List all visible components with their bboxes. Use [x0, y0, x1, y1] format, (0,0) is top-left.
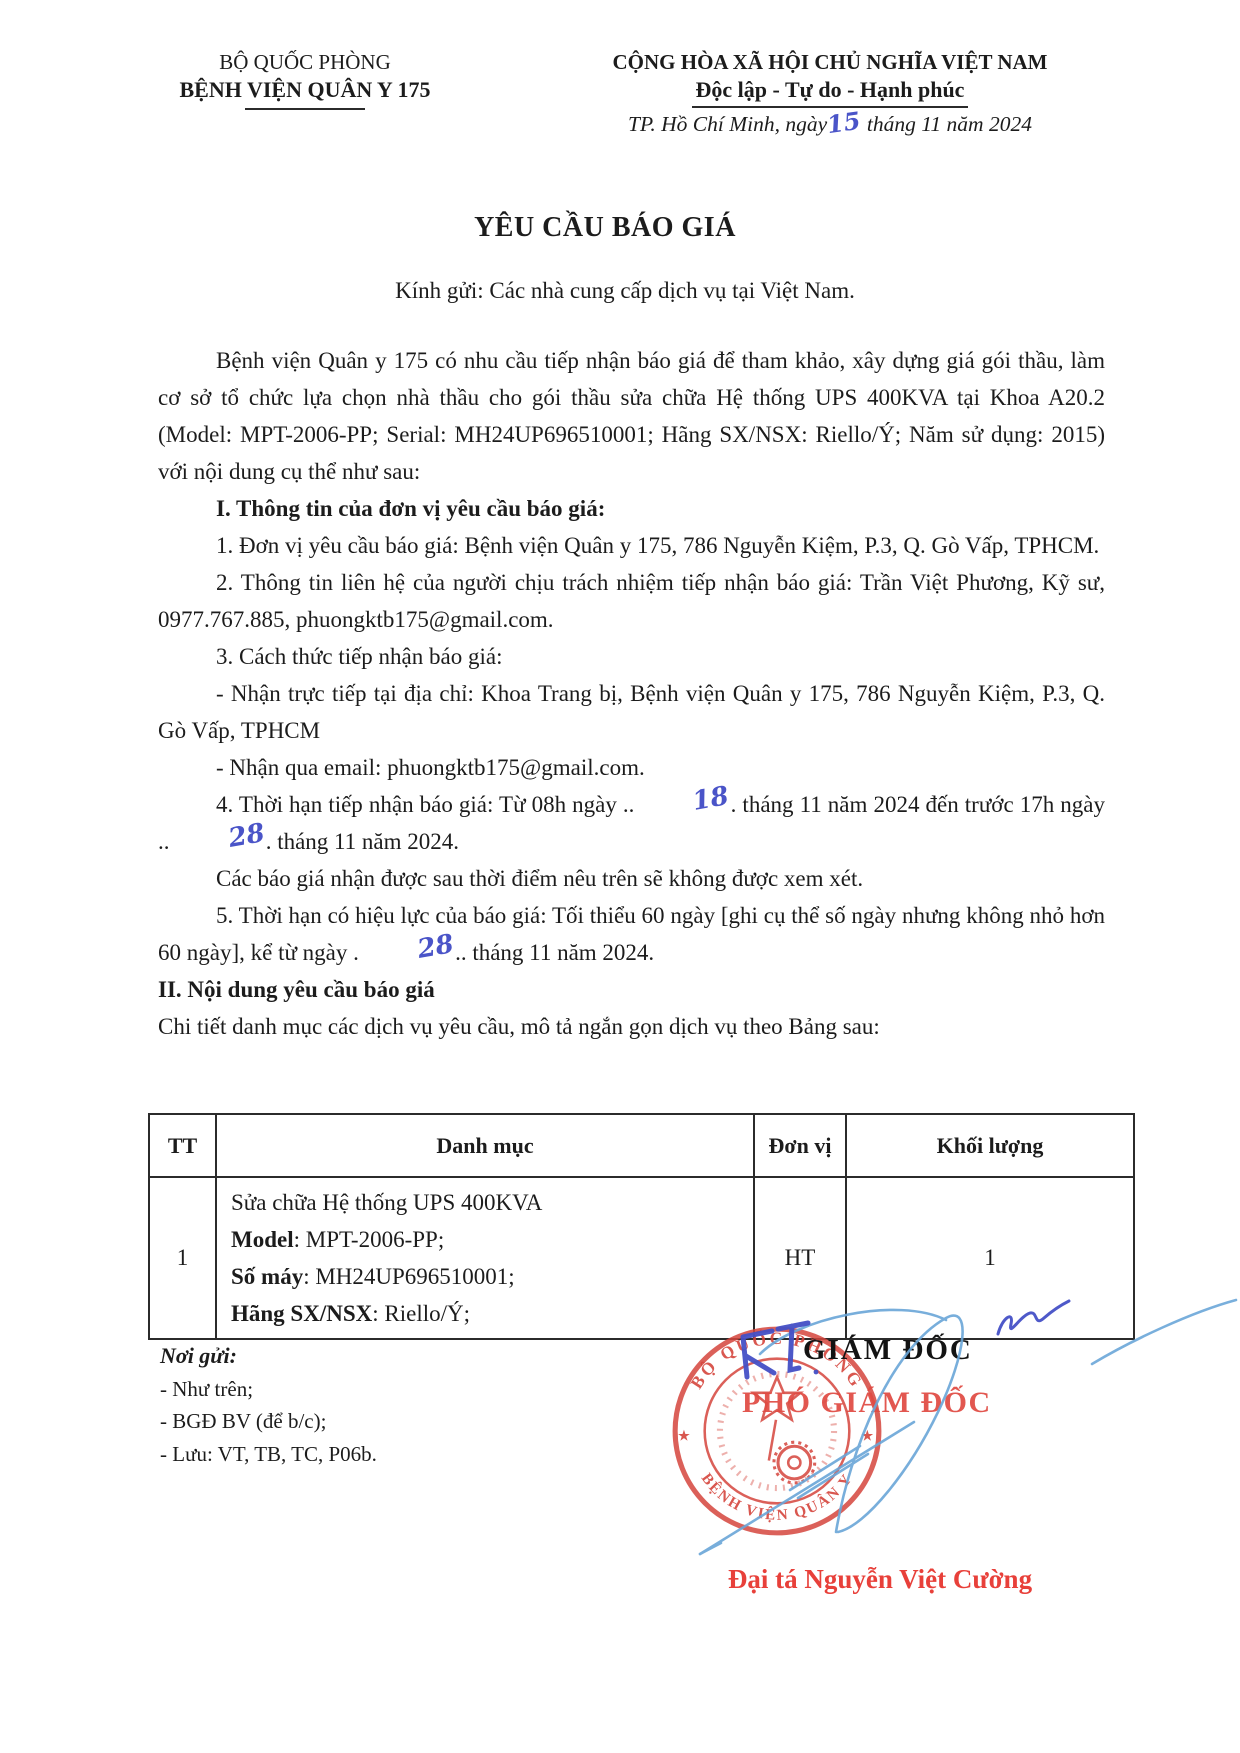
section1-item5: 5. Thời hạn có hiệu lực của báo giá: Tối…	[158, 897, 1105, 971]
section1-heading: I. Thông tin của đơn vị yêu cầu báo giá:	[158, 490, 1105, 527]
section1-item3: 3. Cách thức tiếp nhận báo giá:	[158, 638, 1105, 675]
recipients-block: Nơi gửi: - Như trên; - BGĐ BV (để b/c); …	[160, 1340, 377, 1470]
section2-heading: II. Nội dung yêu cầu báo giá	[158, 971, 1105, 1008]
col-header-unit: Đơn vị	[754, 1114, 846, 1177]
document-body: Bệnh viện Quân y 175 có nhu cầu tiếp nhậ…	[158, 342, 1105, 1045]
stamp-star-left: ★	[678, 1428, 690, 1443]
section2-intro: Chi tiết danh mục các dịch vụ yêu cầu, m…	[158, 1008, 1105, 1045]
national-motto: Độc lập - Tự do - Hạnh phúc	[692, 76, 969, 108]
document-page: BỘ QUỐC PHÒNG BỆNH VIỆN QUÂN Y 175 CỘNG …	[0, 0, 1240, 1753]
late-quotes-note: Các báo giá nhận được sau thời điểm nêu …	[158, 860, 1105, 897]
hospital-name: BỆNH VIỆN QUÂN Y 175	[150, 77, 460, 103]
place-date-line: TP. Hồ Chí Minh, ngày15 tháng 11 năm 202…	[545, 112, 1115, 137]
section1-item1: 1. Đơn vị yêu cầu báo giá: Bệnh viện Quâ…	[158, 527, 1105, 564]
ministry-name: BỘ QUỐC PHÒNG	[150, 50, 460, 75]
issuing-org-block: BỘ QUỐC PHÒNG BỆNH VIỆN QUÂN Y 175	[150, 50, 460, 110]
intro-paragraph: Bệnh viện Quân y 175 có nhu cầu tiếp nhậ…	[158, 342, 1105, 490]
place-date-pre: TP. Hồ Chí Minh, ngày	[628, 112, 827, 136]
document-title: YÊU CẦU BÁO GIÁ	[0, 212, 1210, 244]
recipient-line-1: - Như trên;	[160, 1373, 377, 1406]
org-underline	[245, 108, 365, 110]
director-title: GIÁM ĐỐC	[803, 1334, 973, 1367]
table-header-row: TT Danh mục Đơn vị Khối lượng	[149, 1114, 1134, 1177]
col-header-tt: TT	[149, 1114, 216, 1177]
recipients-heading: Nơi gửi:	[160, 1340, 377, 1373]
item4-post: . tháng 11 năm 2024.	[266, 829, 459, 854]
stamp-gear	[774, 1442, 815, 1483]
handwritten-day-28b: 28	[359, 934, 455, 970]
service-title: Sửa chữa Hệ thống UPS 400KVA	[231, 1184, 743, 1221]
deputy-director-stamp-text: PHÓ GIÁM ĐỐC	[742, 1386, 992, 1420]
section1-item2: 2. Thông tin liên hệ của người chịu trác…	[158, 564, 1105, 638]
col-header-category: Danh mục	[216, 1114, 754, 1177]
place-date-post: tháng 11 năm 2024	[862, 112, 1032, 136]
handwritten-day-15: 15	[826, 113, 861, 133]
national-motto-block: CỘNG HÒA XÃ HỘI CHỦ NGHĨA VIỆT NAM Độc l…	[545, 50, 1115, 137]
recipient-line-2: - BGĐ BV (để b/c);	[160, 1405, 377, 1438]
signer-name: Đại tá Nguyễn Việt Cường	[700, 1564, 1060, 1595]
handwritten-day-28a: 28	[169, 823, 265, 859]
service-model: Model: MPT-2006-PP;	[231, 1221, 743, 1258]
item4-pre: 4. Thời hạn tiếp nhận báo giá: Từ 08h ng…	[216, 792, 634, 817]
signature-block: BỘ QUỐC PHÒNG BỆNH VIỆN QUÂN Y ★ ★ GIÁM …	[600, 1280, 1240, 1720]
salutation-line: Kính gửi: Các nhà cung cấp dịch vụ tại V…	[0, 278, 1240, 304]
national-title: CỘNG HÒA XÃ HỘI CHỦ NGHĨA VIỆT NAM	[545, 50, 1115, 75]
section1-item3a: - Nhận trực tiếp tại địa chỉ: Khoa Trang…	[158, 675, 1105, 749]
section1-item4: 4. Thời hạn tiếp nhận báo giá: Từ 08h ng…	[158, 786, 1105, 860]
section1-item3b: - Nhận qua email: phuongktb175@gmail.com…	[158, 749, 1105, 786]
row-tt: 1	[149, 1177, 216, 1339]
item5-post: .. tháng 11 năm 2024.	[455, 940, 654, 965]
col-header-quantity: Khối lượng	[846, 1114, 1134, 1177]
handwritten-day-18: 18	[634, 786, 730, 822]
stamp-star-right: ★	[862, 1428, 874, 1443]
recipient-line-3: - Lưu: VT, TB, TC, P06b.	[160, 1438, 377, 1471]
